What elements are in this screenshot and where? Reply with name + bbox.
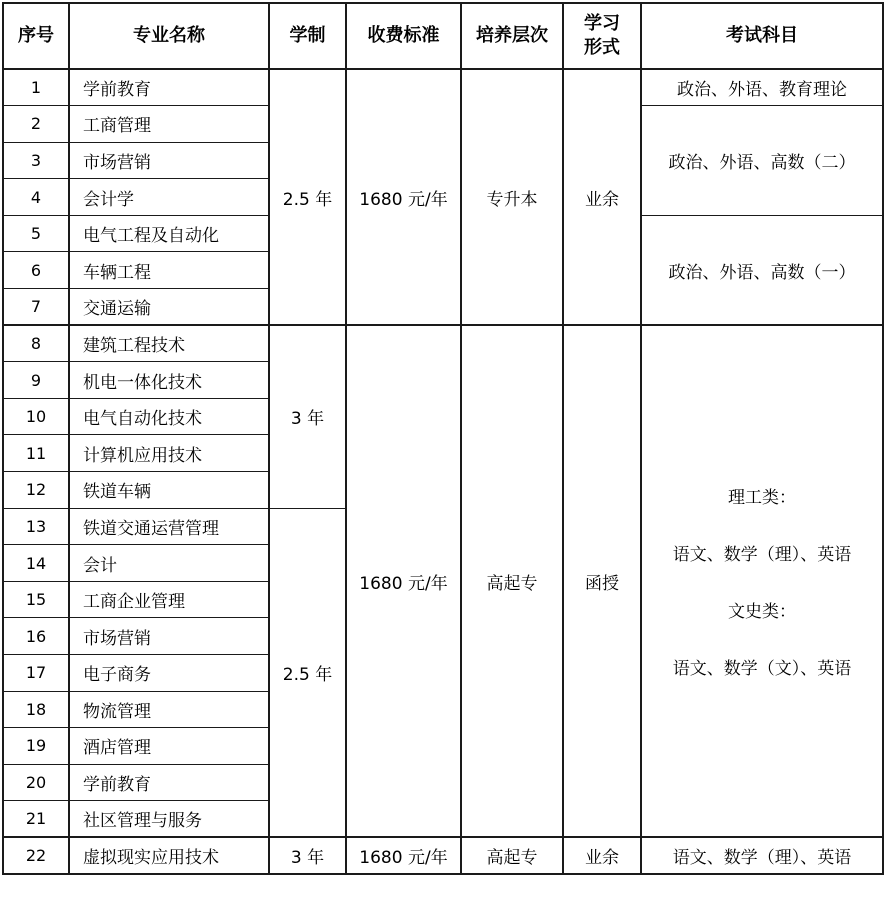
- cell-no: 16: [3, 618, 69, 655]
- cell-no: 21: [3, 801, 69, 838]
- cell-major: 会计学: [69, 179, 269, 216]
- cell-duration-row22: 3 年: [269, 837, 346, 874]
- cell-level-group2: 高起专: [461, 325, 563, 837]
- cell-major: 车辆工程: [69, 252, 269, 289]
- cell-form-group2: 函授: [563, 325, 641, 837]
- cell-major: 学前教育: [69, 69, 269, 106]
- cell-no: 17: [3, 655, 69, 692]
- cell-major: 酒店管理: [69, 728, 269, 765]
- cell-major: 铁道车辆: [69, 472, 269, 509]
- exam-line-arts-subjects: 语文、数学（文）、英语: [642, 638, 882, 695]
- cell-major: 市场营销: [69, 142, 269, 179]
- exam-line-sci-label: 理工类：: [642, 467, 882, 524]
- col-header-exam: 考试科目: [641, 3, 883, 69]
- cell-major: 工商企业管理: [69, 581, 269, 618]
- cell-exam-rows5-7: 政治、外语、高数（一）: [641, 215, 883, 325]
- cell-exam-rows2-4: 政治、外语、高数（二）: [641, 106, 883, 216]
- cell-no: 6: [3, 252, 69, 289]
- cell-major: 机电一体化技术: [69, 362, 269, 399]
- cell-form-row22: 业余: [563, 837, 641, 874]
- cell-no: 15: [3, 581, 69, 618]
- col-header-form: 学习 形式: [563, 3, 641, 69]
- cell-no: 2: [3, 106, 69, 143]
- cell-no: 18: [3, 691, 69, 728]
- cell-no: 3: [3, 142, 69, 179]
- cell-duration-group2a: 3 年: [269, 325, 346, 508]
- col-header-major: 专业名称: [69, 3, 269, 69]
- exam-line-sci-subjects: 语文、数学（理）、英语: [642, 524, 882, 581]
- cell-major: 虚拟现实应用技术: [69, 837, 269, 874]
- cell-major: 工商管理: [69, 106, 269, 143]
- cell-level-group1: 专升本: [461, 69, 563, 325]
- cell-no: 4: [3, 179, 69, 216]
- col-header-level: 培养层次: [461, 3, 563, 69]
- cell-major: 会计: [69, 545, 269, 582]
- table-row: 22 虚拟现实应用技术 3 年 1680 元/年 高起专 业余 语文、数学（理）…: [3, 837, 883, 874]
- cell-major: 交通运输: [69, 289, 269, 326]
- cell-exam-rows8-21: 理工类： 语文、数学（理）、英语 文史类： 语文、数学（文）、英语: [641, 325, 883, 837]
- cell-level-row22: 高起专: [461, 837, 563, 874]
- cell-no: 19: [3, 728, 69, 765]
- cell-major: 电气自动化技术: [69, 398, 269, 435]
- cell-major: 物流管理: [69, 691, 269, 728]
- col-header-duration: 学制: [269, 3, 346, 69]
- page-body: 序号 专业名称 学制 收费标准 培养层次 学习 形式 考试科目 1 学前教育 2…: [0, 0, 884, 877]
- cell-no: 7: [3, 289, 69, 326]
- program-table: 序号 专业名称 学制 收费标准 培养层次 学习 形式 考试科目 1 学前教育 2…: [2, 2, 884, 875]
- cell-major: 市场营销: [69, 618, 269, 655]
- cell-major: 电气工程及自动化: [69, 215, 269, 252]
- cell-major: 电子商务: [69, 655, 269, 692]
- cell-no: 10: [3, 398, 69, 435]
- cell-major: 学前教育: [69, 764, 269, 801]
- cell-form-group1: 业余: [563, 69, 641, 325]
- cell-major: 铁道交通运营管理: [69, 508, 269, 545]
- exam-line-arts-label: 文史类：: [642, 581, 882, 638]
- table-row: 1 学前教育 2.5 年 1680 元/年 专升本 业余 政治、外语、教育理论: [3, 69, 883, 106]
- cell-major: 计算机应用技术: [69, 435, 269, 472]
- header-row: 序号 专业名称 学制 收费标准 培养层次 学习 形式 考试科目: [3, 3, 883, 69]
- cell-duration-group1: 2.5 年: [269, 69, 346, 325]
- exam-subjects-block: 理工类： 语文、数学（理）、英语 文史类： 语文、数学（文）、英语: [642, 467, 882, 695]
- cell-no: 14: [3, 545, 69, 582]
- cell-fee-row22: 1680 元/年: [346, 837, 461, 874]
- cell-exam-row22: 语文、数学（理）、英语: [641, 837, 883, 874]
- cell-exam-row1: 政治、外语、教育理论: [641, 69, 883, 106]
- col-header-fee: 收费标准: [346, 3, 461, 69]
- col-header-no: 序号: [3, 3, 69, 69]
- cell-no: 9: [3, 362, 69, 399]
- table-row: 8 建筑工程技术 3 年 1680 元/年 高起专 函授 理工类： 语文、数学（…: [3, 325, 883, 362]
- col-header-form-line2: 形式: [564, 36, 640, 60]
- cell-fee-group1: 1680 元/年: [346, 69, 461, 325]
- cell-major: 社区管理与服务: [69, 801, 269, 838]
- cell-no: 13: [3, 508, 69, 545]
- cell-no: 8: [3, 325, 69, 362]
- cell-no: 12: [3, 472, 69, 509]
- cell-major: 建筑工程技术: [69, 325, 269, 362]
- cell-no: 1: [3, 69, 69, 106]
- cell-no: 22: [3, 837, 69, 874]
- cell-no: 20: [3, 764, 69, 801]
- col-header-form-line1: 学习: [564, 12, 640, 36]
- cell-no: 5: [3, 215, 69, 252]
- cell-no: 11: [3, 435, 69, 472]
- cell-fee-group2: 1680 元/年: [346, 325, 461, 837]
- cell-duration-group2b: 2.5 年: [269, 508, 346, 837]
